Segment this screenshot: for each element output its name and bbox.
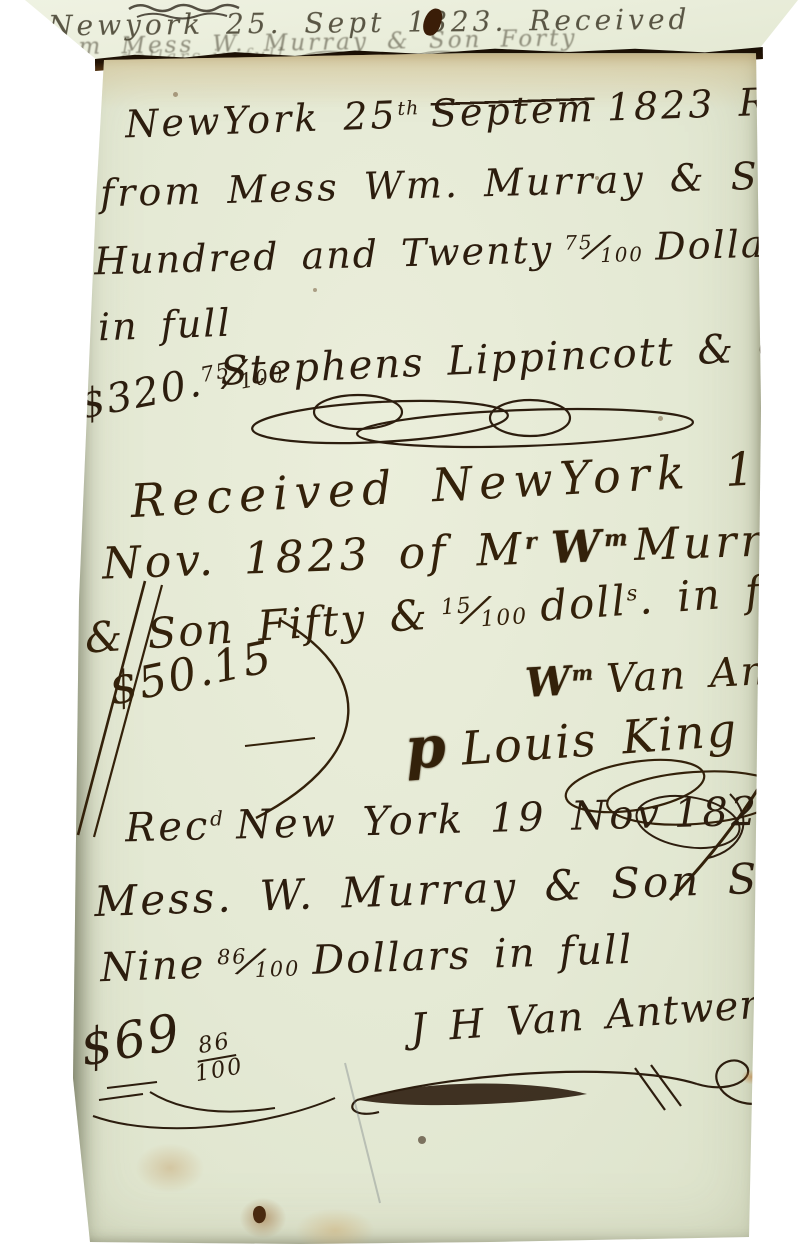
fraction: 15⁄100 [440, 583, 530, 638]
receipt1-in-full: in full [97, 301, 232, 350]
paper-speck [515, 118, 520, 123]
fraction: 86⁄100 [217, 938, 301, 987]
paper-speck [658, 416, 663, 421]
receipt1-payer-line: from Mess Wm. Murray & Son Three [100, 149, 800, 216]
receipt-page: NewYork 25thSeptem1823 Recd from Mess Wm… [70, 48, 762, 1247]
receipt3-amount-words-line: Nine86⁄100Dollars in full [99, 927, 634, 992]
rust-spot [742, 1070, 760, 1084]
receipt3-signature: J H Van Antwerp [409, 980, 788, 1052]
show-through-mark [340, 1058, 390, 1208]
fraction: 75⁄100 [564, 225, 644, 271]
paper-stain [135, 1143, 205, 1193]
receipt3-payer-line: Mess. W. Murray & Son Sixty [93, 851, 800, 926]
paper-speck [173, 92, 178, 97]
ink-speck [418, 1136, 426, 1144]
margin-slashes [70, 573, 200, 843]
corner-scribble [125, 0, 245, 20]
receipt1-amount-words-line: Hundred and Twenty75⁄100Dollars [94, 221, 800, 284]
paper-stain [295, 1208, 375, 1247]
amount-underline-flourish [85, 1078, 355, 1153]
paper-speck [313, 288, 317, 292]
bottom-flourish [335, 1048, 775, 1148]
amount-bracket [220, 618, 390, 828]
paper-speck [595, 176, 599, 180]
receipt-book-photo: Newyork 25. Sept 1823. Received from Mes… [0, 0, 800, 1247]
receipt1-signature: Stephens Lippincott & Co [219, 323, 800, 394]
